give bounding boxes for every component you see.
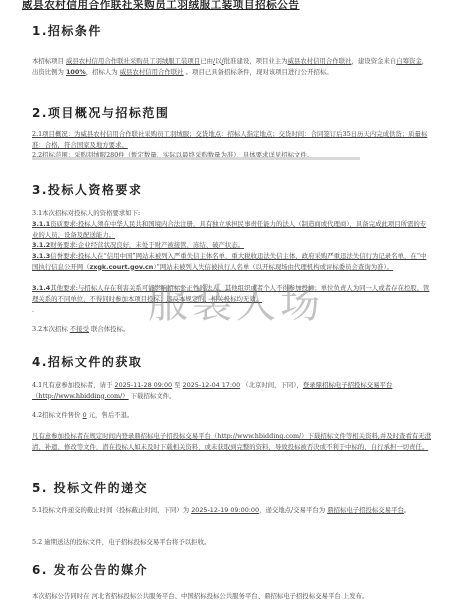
funding-source: 自筹资金 bbox=[396, 57, 422, 65]
highlight-bar bbox=[32, 157, 360, 160]
section-5-1-paragraph: 5.1投标文件递交的截止时间（投标截止时间，下同）为 2025-12-19 09… bbox=[32, 505, 432, 516]
tenderer-name: 威县农村信用合作联社 bbox=[120, 68, 184, 76]
section-3-1-paragraph: 3.1本次招标对投标人的资格要求如下: bbox=[32, 208, 432, 219]
funding-ratio: 100% bbox=[66, 68, 86, 76]
section-4-3-paragraph: 凡有意参加投标者在规定时间内登录鼎招标电子招投标交易平台（http://www.… bbox=[32, 431, 432, 452]
section-3-1-2-paragraph: 3.1.2财务要求:企业经营状况良好，未处于财产被接管、冻结、破产状态。 bbox=[32, 240, 432, 251]
section-3-1-1-paragraph: 3.1.1资质要求:投标人须在中华人民共和国境内合法注册，具有独立承担民事责任能… bbox=[32, 219, 432, 240]
section-5-2-paragraph: 5.2 逾期送达的投标文件，电子招标投标交易平台将予以拒收。 bbox=[32, 537, 432, 548]
submission-platform: 鼎招标电子招投标交易平台 bbox=[327, 506, 404, 514]
section-2-heading: 2.项目概况与招标范围 bbox=[32, 104, 169, 121]
section-3-2-paragraph: 3.2本次招标 不接受 联合体投标。 bbox=[32, 324, 432, 335]
section-4-1-paragraph: 4.1凡有意参加投标者，请于 2025-11-28 09:00 至 2025-1… bbox=[32, 380, 432, 401]
end-date: 2025-12-04 17:00 bbox=[183, 381, 241, 389]
section-2-1-paragraph: 2.1项目概况：为威县农村信用合作联社采购员工羽绒服；交货地点：招标人指定地点；… bbox=[32, 129, 432, 150]
section-1-paragraph: 本招标项目 威县农村信用合作联社采购员工羽绒服工装项目已由/以/批准建设，项目业… bbox=[32, 56, 432, 77]
project-name: 威县农村信用合作联社采购员工羽绒服工装项目 bbox=[66, 57, 200, 65]
section-5-heading: 5. 投标文件的递交 bbox=[32, 479, 148, 496]
section-3-1-4-paragraph: 3.1.4其他要求:与招标人存在利害关系可能影响招标公正性的法人、其他组织或者个… bbox=[32, 283, 432, 304]
section-3-dot: . bbox=[32, 305, 432, 316]
document-title: 威县农村信用合作联社采购员工羽绒服工装项目招标公告 bbox=[22, 0, 300, 12]
section-6-paragraph: 本次招标公告同时在 河北省招标投标公共服务平台、中国招标投标公共服务平台、鼎招标… bbox=[32, 591, 432, 600]
consortium-value: 不接受 bbox=[70, 325, 89, 333]
section-1-heading: 1.招标条件 bbox=[32, 22, 102, 39]
court-url: zxgk.court.gov.cn bbox=[90, 263, 154, 271]
project-owner: 威县农村信用合作联社 bbox=[288, 57, 352, 65]
section-4-heading: 4.招标文件的获取 bbox=[32, 353, 142, 370]
start-date: 2025-11-28 09:00 bbox=[115, 381, 173, 389]
section-3-1-3-paragraph: 3.1.3信誉要求:投标人在“信用中国”网站未被列入严重失信主体名单，重大税收违… bbox=[32, 251, 432, 272]
submission-deadline: 2025-12-19 09:00:00 bbox=[191, 506, 259, 514]
section-4-2-paragraph: 4.2招标文件售价 0 元，售后不退。 bbox=[32, 410, 432, 421]
section-6-heading: 6. 发布公告的媒介 bbox=[32, 561, 148, 578]
section-3-heading: 3.投标人资格要求 bbox=[32, 181, 142, 198]
